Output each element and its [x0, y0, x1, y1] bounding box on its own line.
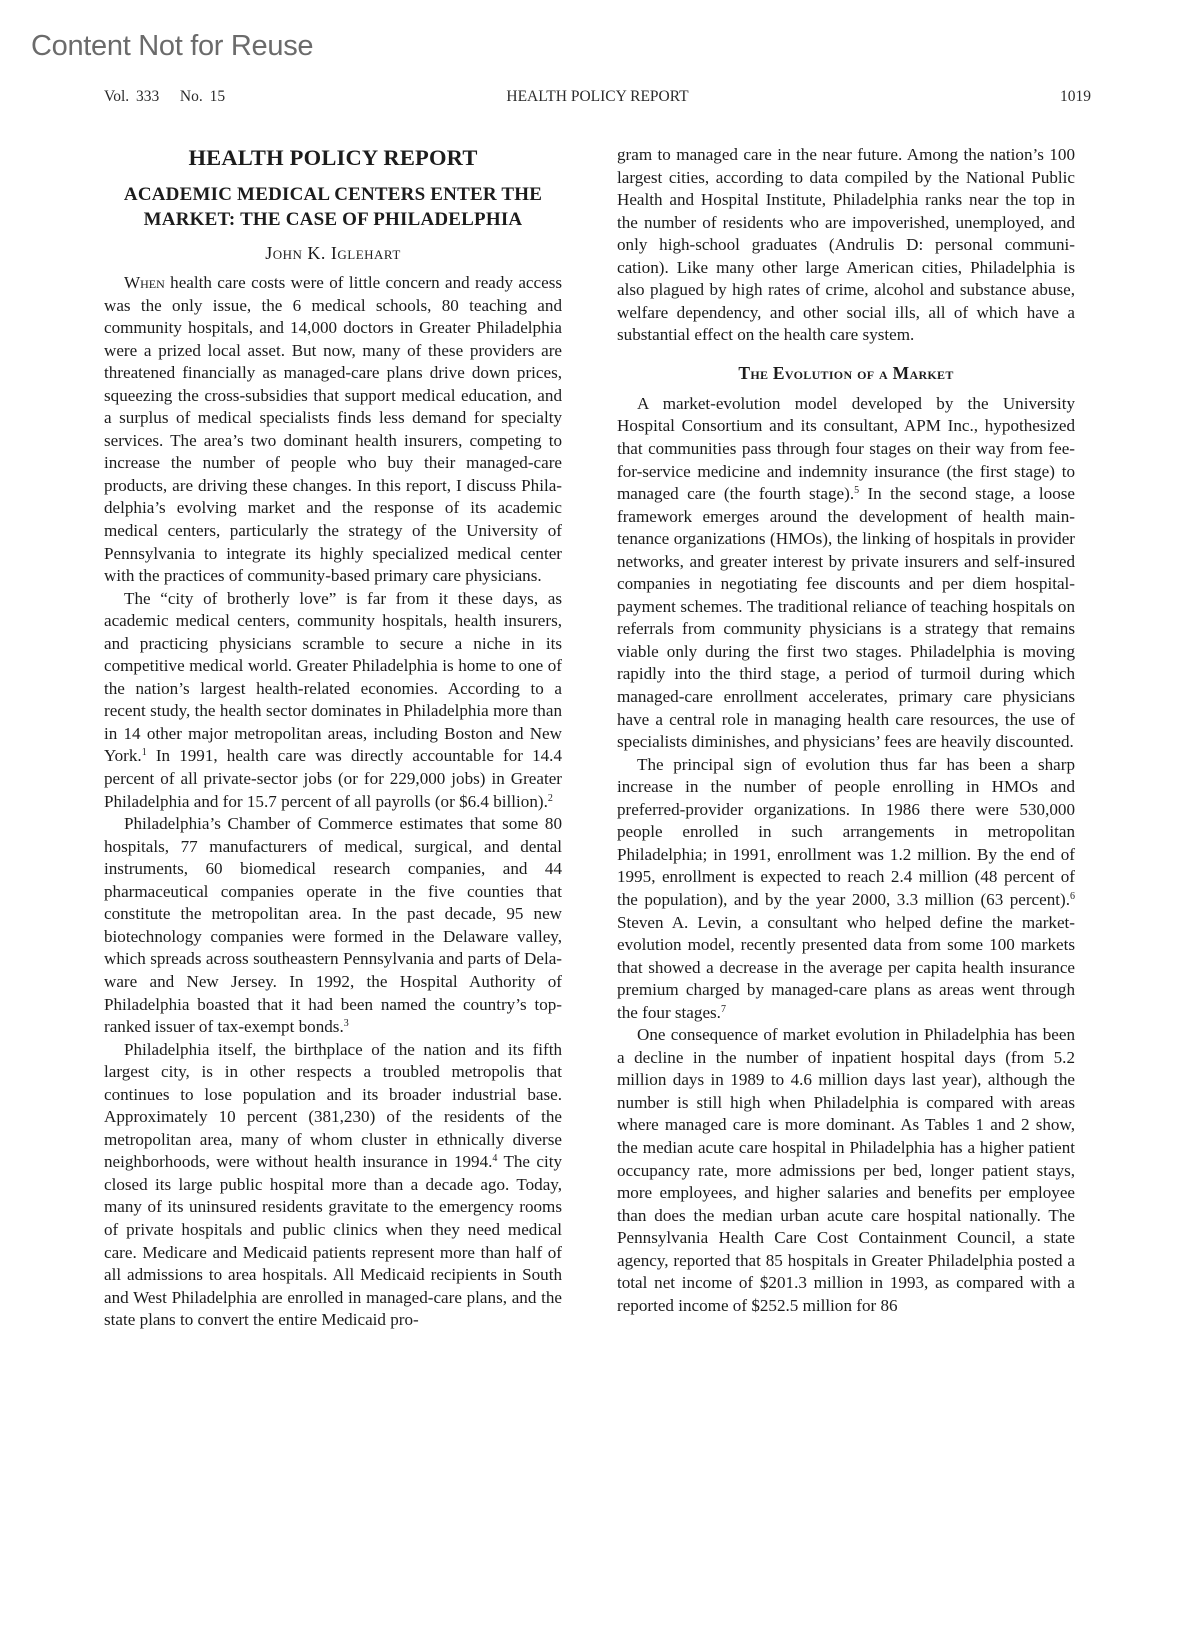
paragraph: One consequence of market evolution in P… [617, 1024, 1075, 1317]
paragraph: The “city of brotherly love” is far from… [104, 588, 562, 813]
reference-marker[interactable]: 2 [548, 793, 553, 804]
section-title: HEALTH POLICY REPORT [104, 144, 562, 172]
article-title: ACADEMIC MEDICAL CENTERS ENTER THE MARKE… [104, 182, 562, 232]
paragraph: gram to managed care in the near future.… [617, 144, 1075, 347]
running-head: Vol. 333 No. 15 HEALTH POLICY REPORT 101… [104, 88, 1091, 110]
right-column: gram to managed care in the near future.… [617, 144, 1075, 1317]
paragraph: A market-evolution model developed by th… [617, 393, 1075, 754]
reference-marker[interactable]: 3 [344, 1018, 349, 1029]
paragraph: Philadelphia itself, the birthplace of t… [104, 1039, 562, 1332]
reference-marker[interactable]: 6 [1070, 891, 1075, 902]
left-column: HEALTH POLICY REPORT ACADEMIC MEDICAL CE… [104, 144, 562, 1332]
paragraph: Philadelphia’s Chamber of Commerce estim… [104, 813, 562, 1038]
lead-word: When [124, 273, 165, 292]
reference-marker[interactable]: 7 [721, 1004, 726, 1015]
author-byline: John K. Iglehart [104, 240, 562, 266]
section-subheading: The Evolution of a Market [617, 361, 1075, 385]
paragraph: When health care costs were of little co… [104, 272, 562, 588]
watermark: Content Not for Reuse [31, 30, 313, 63]
running-head-section: HEALTH POLICY REPORT [104, 88, 1091, 106]
page-number: 1019 [1060, 88, 1091, 106]
paragraph: The principal sign of evolution thus far… [617, 754, 1075, 1025]
